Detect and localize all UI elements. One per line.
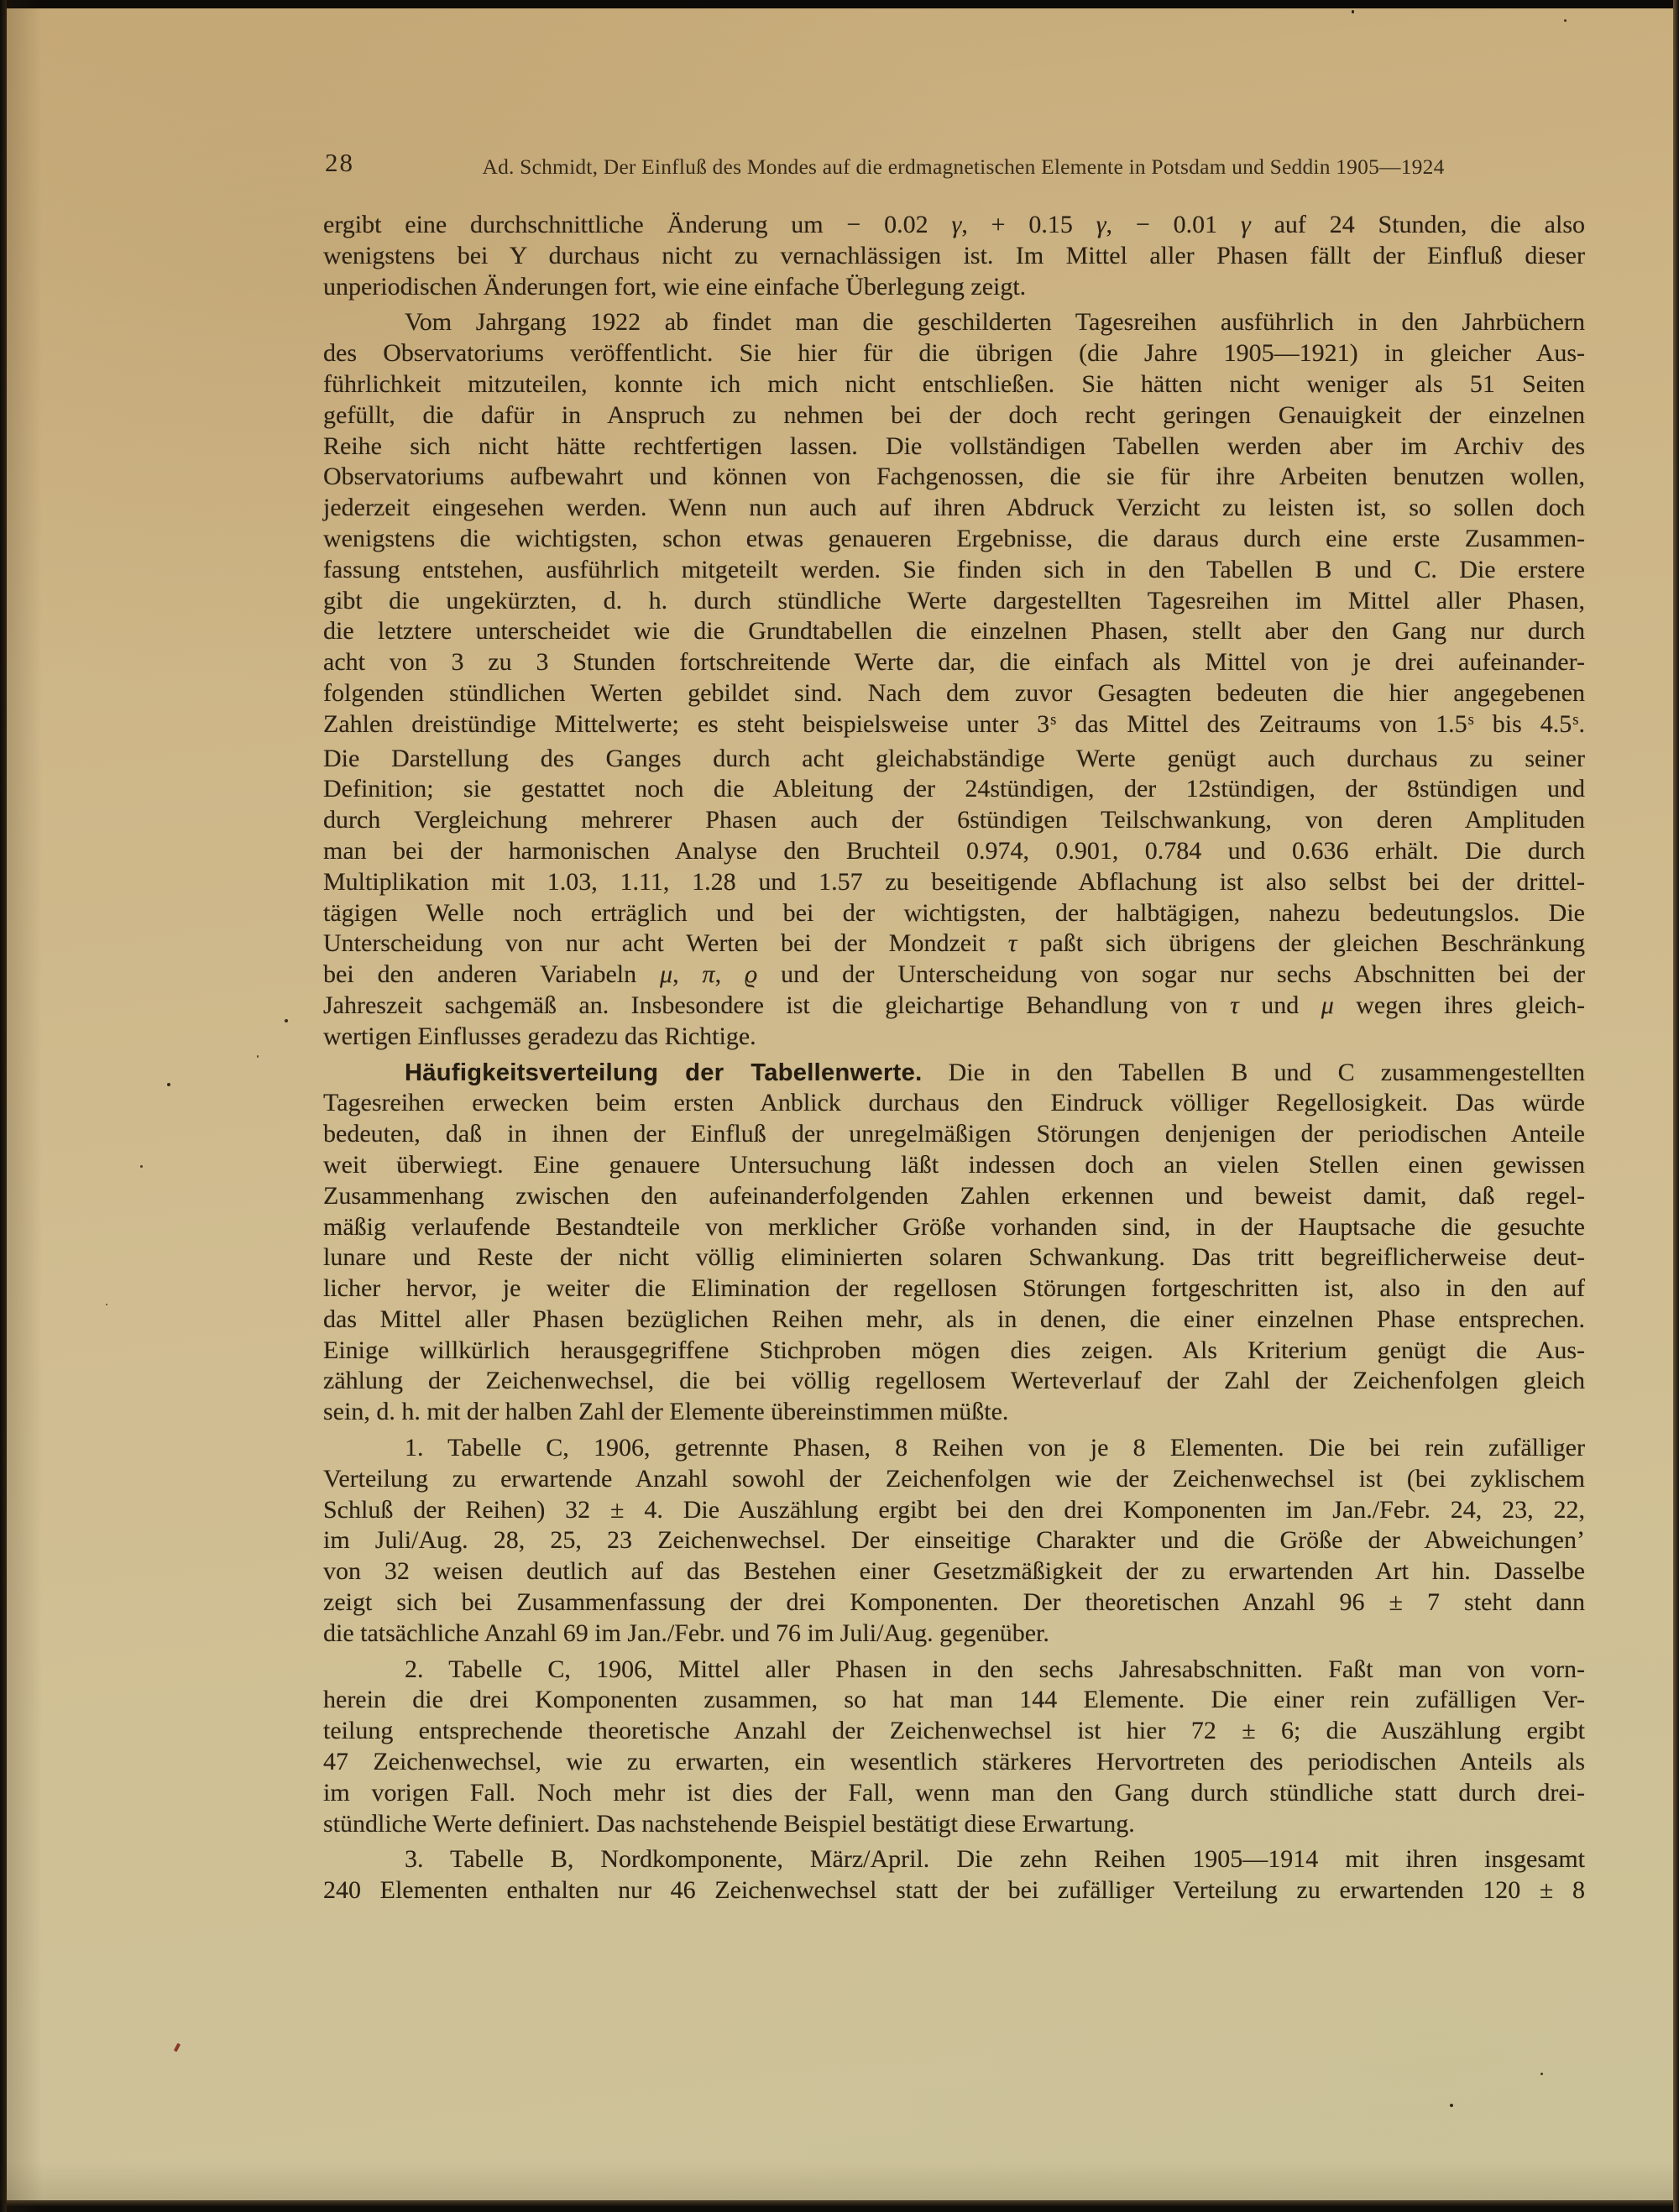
text-line: Schluß der Reihen) 32 ± 4. Die Auszählun… <box>323 1495 1585 1526</box>
text-line: Verteilung zu erwartende Anzahl sowohl d… <box>323 1464 1585 1495</box>
ink-speck <box>1450 2104 1453 2107</box>
text-line: Zusammenhang zwischen den aufeinanderfol… <box>323 1181 1585 1212</box>
text-block: ergibt eine durchschnittliche Änderung u… <box>323 210 1585 1906</box>
text-line: weit überwiegt. Eine genauere Untersuchu… <box>323 1150 1585 1181</box>
text-line: 3. Tabelle B, Nordkomponente, März/April… <box>323 1844 1585 1875</box>
paragraph: Häufigkeitsverteilung der Tabellenwerte.… <box>323 1058 1585 1429</box>
ink-speck <box>257 1055 259 1058</box>
paragraph: Vom Jahrgang 1922 ab findet man die gesc… <box>323 307 1585 1052</box>
text-line: zeigt sich bei Zusammenfassung der drei … <box>323 1587 1585 1618</box>
text-line: Vom Jahrgang 1922 ab findet man die gesc… <box>323 307 1585 338</box>
text-line: im vorigen Fall. Noch mehr ist dies der … <box>323 1778 1585 1809</box>
text-line: Definition; sie gestattet noch die Ablei… <box>323 774 1585 805</box>
scan-shadow-left <box>7 0 42 2212</box>
paragraph: ergibt eine durchschnittliche Änderung u… <box>323 210 1585 302</box>
ink-speck <box>1352 10 1354 13</box>
text-line: unperiodischen Änderungen fort, wie eine… <box>323 272 1585 303</box>
text-line: Observatoriums aufbewahrt und können von… <box>323 462 1585 493</box>
text-line: Multiplikation mit 1.03, 1.11, 1.28 und … <box>323 867 1585 898</box>
text-line: stündliche Werte definiert. Das nachsteh… <box>323 1809 1585 1840</box>
text-line: wertigen Einflusses geradezu das Richtig… <box>323 1022 1585 1053</box>
text-line: des Observatoriums veröffentlicht. Sie h… <box>323 338 1585 369</box>
running-head: Ad. Schmidt, Der Einfluß des Mondes auf … <box>420 154 1507 180</box>
text-line: Tagesreihen erwecken beim ersten Anblick… <box>323 1088 1585 1119</box>
text-line: licher hervor, je weiter die Elimination… <box>323 1273 1585 1305</box>
text-line: gibt die ungekürzten, d. h. durch stündl… <box>323 586 1585 617</box>
scan-edge-top <box>0 0 1679 8</box>
paragraph: 1. Tabelle C, 1906, getrennte Phasen, 8 … <box>323 1433 1585 1650</box>
paragraph: 2. Tabelle C, 1906, Mittel aller Phasen … <box>323 1655 1585 1840</box>
text-line: Reihe sich nicht hätte rechtfertigen las… <box>323 431 1585 463</box>
text-line: durch Vergleichung mehrerer Phasen auch … <box>323 805 1585 836</box>
text-line: 1. Tabelle C, 1906, getrennte Phasen, 8 … <box>323 1433 1585 1464</box>
text-line: gefüllt, die dafür in Anspruch zu nehmen… <box>323 400 1585 431</box>
text-line: lunare und Reste der nicht völlig elimin… <box>323 1242 1585 1273</box>
scan-shadow-bottom <box>0 2162 1679 2200</box>
text-line: folgenden stündlichen Werten gebildet si… <box>323 678 1585 709</box>
text-line: tägigen Welle noch erträglich und bei de… <box>323 898 1585 929</box>
text-line: die tatsächliche Anzahl 69 im Jan./Febr.… <box>323 1618 1585 1650</box>
text-line: Häufigkeitsverteilung der Tabellenwerte.… <box>323 1058 1585 1089</box>
text-line: ergibt eine durchschnittliche Änderung u… <box>323 210 1585 241</box>
text-line: 2. Tabelle C, 1906, Mittel aller Phasen … <box>323 1655 1585 1686</box>
scan-edge-left <box>0 0 7 2212</box>
paragraph: 3. Tabelle B, Nordkomponente, März/April… <box>323 1844 1585 1906</box>
text-line: von 32 weisen deutlich auf das Bestehen … <box>323 1556 1585 1587</box>
text-line: Jahreszeit sachgemäß an. Insbesondere is… <box>323 991 1585 1022</box>
text-line: Einige willkürlich herausgegriffene Stic… <box>323 1336 1585 1367</box>
text-line: im Juli/Aug. 28, 25, 23 Zeichenwechsel. … <box>323 1525 1585 1556</box>
ink-speck <box>285 1019 288 1022</box>
ink-speck <box>167 1083 170 1086</box>
text-line: wenigstens bei Y durchaus nicht zu verna… <box>323 241 1585 272</box>
ink-speck <box>1540 2073 1543 2075</box>
text-line: man bei der harmonischen Analyse den Bru… <box>323 836 1585 867</box>
text-line: die letztere unterscheidet wie die Grund… <box>323 616 1585 647</box>
ink-speck <box>174 2043 180 2053</box>
text-line: sein, d. h. mit der halben Zahl der Elem… <box>323 1397 1585 1428</box>
ink-speck <box>140 1165 143 1168</box>
ink-speck <box>1564 19 1567 22</box>
text-line: acht von 3 zu 3 Stunden fortschreitende … <box>323 647 1585 678</box>
scan-edge-right <box>1673 0 1679 2212</box>
ink-speck <box>106 1304 107 1305</box>
text-line: 240 Elementen enthalten nur 46 Zeichenwe… <box>323 1875 1585 1906</box>
page-number: 28 <box>325 148 354 178</box>
text-line: wenigstens die wichtigsten, schon etwas … <box>323 524 1585 555</box>
text-line: 47 Zeichenwechsel, wie zu erwarten, ein … <box>323 1747 1585 1778</box>
text-line: Zahlen dreistündige Mittelwerte; es steh… <box>323 709 1585 744</box>
text-line: das Mittel aller Phasen bezüglichen Reih… <box>323 1305 1585 1336</box>
text-line: Unterscheidung von nur acht Werten bei d… <box>323 928 1585 960</box>
scan-edge-bottom <box>0 2200 1679 2212</box>
scanned-page: 28 Ad. Schmidt, Der Einfluß des Mondes a… <box>0 0 1679 2212</box>
text-line: herein die drei Komponenten zusammen, so… <box>323 1685 1585 1716</box>
text-line: teilung entsprechende theoretische Anzah… <box>323 1716 1585 1747</box>
text-line: bedeuten, daß in ihnen der Einfluß der u… <box>323 1119 1585 1150</box>
text-line: führlichkeit mitzuteilen, konnte ich mic… <box>323 369 1585 400</box>
text-line: jederzeit eingesehen werden. Wenn nun au… <box>323 493 1585 524</box>
text-line: zählung der Zeichenwechsel, die bei völl… <box>323 1366 1585 1397</box>
text-line: mäßig verlaufende Bestandteile von merkl… <box>323 1212 1585 1243</box>
text-line: bei den anderen Variabeln μ, π, ϱ und de… <box>323 960 1585 991</box>
text-line: Die Darstellung des Ganges durch acht gl… <box>323 744 1585 775</box>
text-line: fassung entstehen, ausführlich mitgeteil… <box>323 555 1585 586</box>
